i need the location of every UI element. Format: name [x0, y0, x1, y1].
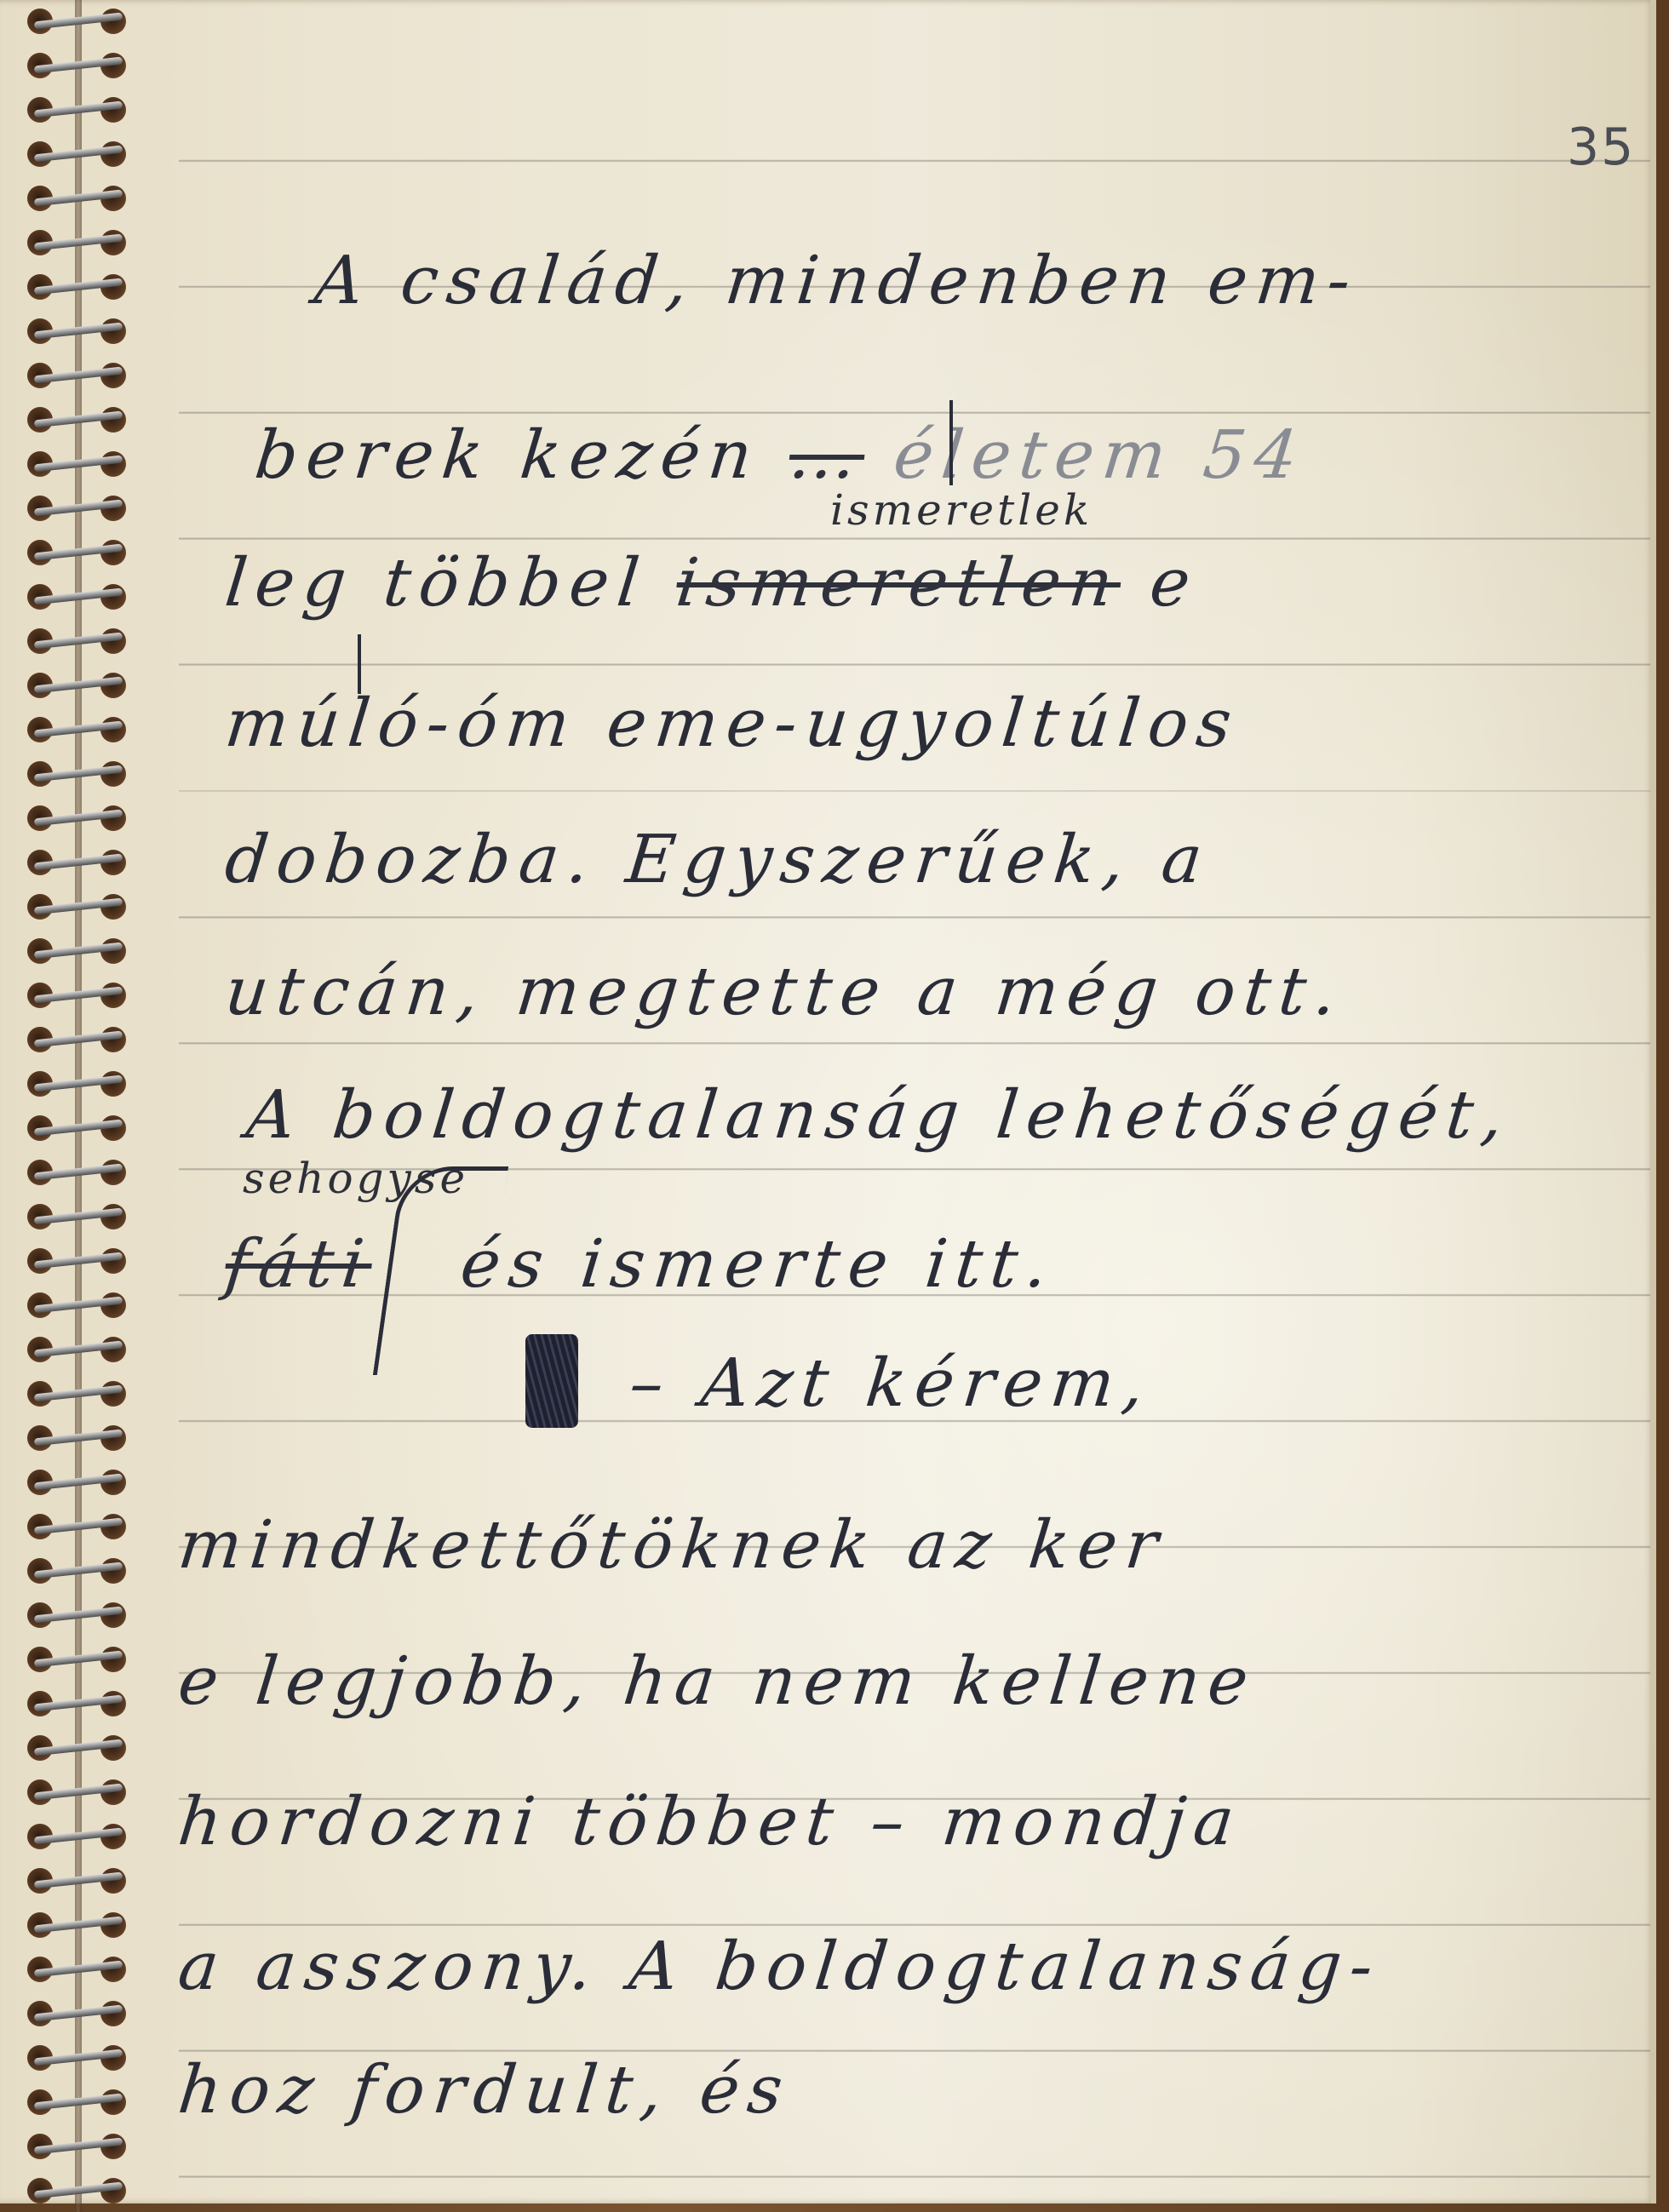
manuscript-line-10: mindkettőtöknek az ker: [175, 1507, 1170, 1584]
spiral-coil: [27, 715, 129, 744]
spiral-coil: [27, 1778, 129, 1807]
spiral-coil: [27, 2043, 129, 2072]
spiral-coil: [27, 1601, 129, 1630]
spiral-coil: [27, 95, 129, 124]
spiral-coil: [27, 848, 129, 877]
spiral-coil: [27, 582, 129, 611]
page-number: 35: [1567, 117, 1635, 177]
spiral-coil: [27, 1955, 129, 1984]
spiral-coil: [27, 1911, 129, 1940]
spiral-coil: [27, 7, 129, 36]
spiral-coil: [27, 2176, 129, 2205]
spiral-coil: [27, 1733, 129, 1762]
scribbled-out-block: [525, 1334, 578, 1428]
spiral-coil: [27, 1379, 129, 1408]
manuscript-line-12: hordozni többet – mondja: [175, 1784, 1246, 1860]
struck-word: fáti: [221, 1226, 376, 1303]
spiral-coil: [27, 937, 129, 966]
insertion-mark: [949, 400, 953, 485]
manuscript-line-3: leg többel ismeretlen e: [221, 545, 1202, 622]
inserted-text: életem 54: [890, 417, 1309, 494]
spiral-coil: [27, 272, 129, 301]
spiral-coil: [27, 1202, 129, 1231]
manuscript-line-5: dobozba. Egyszerűek, a: [221, 822, 1214, 898]
spiral-coil: [27, 361, 129, 390]
line-text: berek kezén: [251, 417, 764, 494]
struck-word: …: [786, 417, 869, 494]
manuscript-line-7: A boldogtalanság lehetőségét,: [243, 1077, 1515, 1154]
insert-above-line-3: ismeretlek: [830, 485, 1093, 535]
spiral-coil: [27, 140, 129, 169]
line-text: leg többel: [221, 545, 651, 622]
spiral-coil: [27, 1069, 129, 1098]
spiral-coil: [27, 627, 129, 656]
spiral-coil: [27, 1158, 129, 1187]
spiral-coil: [27, 1424, 129, 1453]
spiral-coil: [27, 1645, 129, 1674]
manuscript-line-13: a asszony. A boldogtalanság-: [175, 1928, 1385, 2005]
manuscript-line-8: fáti és ismerte itt.: [221, 1226, 1059, 1303]
spiral-coil: [27, 494, 129, 523]
spiral-coil: [27, 2132, 129, 2161]
manuscript-line-6: utcán, megtette a még ott.: [221, 954, 1348, 1030]
page-edge: [1650, 0, 1656, 2203]
spiral-coil: [27, 1114, 129, 1143]
spiral-coil: [27, 317, 129, 346]
spiral-coil: [27, 1335, 129, 1364]
spiral-coil: [27, 1468, 129, 1497]
line-text: és ismerte itt.: [457, 1226, 1060, 1303]
manuscript-line-11: e legjobb, ha nem kellene: [175, 1643, 1260, 1720]
struck-word: ismeretlen: [673, 545, 1125, 622]
spiral-coil: [27, 981, 129, 1010]
spiral-coil: [27, 759, 129, 788]
spiral-coil: [27, 892, 129, 921]
spiral-coil: [27, 671, 129, 700]
spiral-coil: [27, 1866, 129, 1895]
spiral-coil: [27, 1025, 129, 1054]
manuscript-line-4: múló-óm eme-ugyoltúlos: [221, 685, 1243, 762]
spiral-coil: [27, 1822, 129, 1851]
spiral-coil: [27, 1689, 129, 1718]
spiral-coil: [27, 804, 129, 833]
spiral-coil: [27, 405, 129, 434]
spiral-coil: [27, 1556, 129, 1585]
manuscript-line-1: A család, mindenben em-: [311, 243, 1362, 319]
spiral-binding: [0, 0, 179, 2212]
spiral-coil: [27, 450, 129, 479]
notebook-page: 35 A család, mindenben em- berek kezén ……: [0, 0, 1656, 2203]
spiral-coil: [27, 538, 129, 567]
spiral-coil: [27, 184, 129, 213]
spiral-coil: [27, 1512, 129, 1541]
spiral-coil: [27, 51, 129, 80]
spiral-coil: [27, 1246, 129, 1275]
manuscript-line-14: hoz fordult, és: [175, 2052, 794, 2129]
spiral-coil: [27, 228, 129, 257]
spiral-coil: [27, 1999, 129, 2028]
spiral-coil: [27, 1291, 129, 1320]
manuscript-line-2: berek kezén … életem 54: [251, 417, 1309, 494]
spiral-coil: [27, 2088, 129, 2117]
line-tail: e: [1146, 545, 1202, 622]
manuscript-line-9: – Azt kérem,: [626, 1345, 1156, 1422]
